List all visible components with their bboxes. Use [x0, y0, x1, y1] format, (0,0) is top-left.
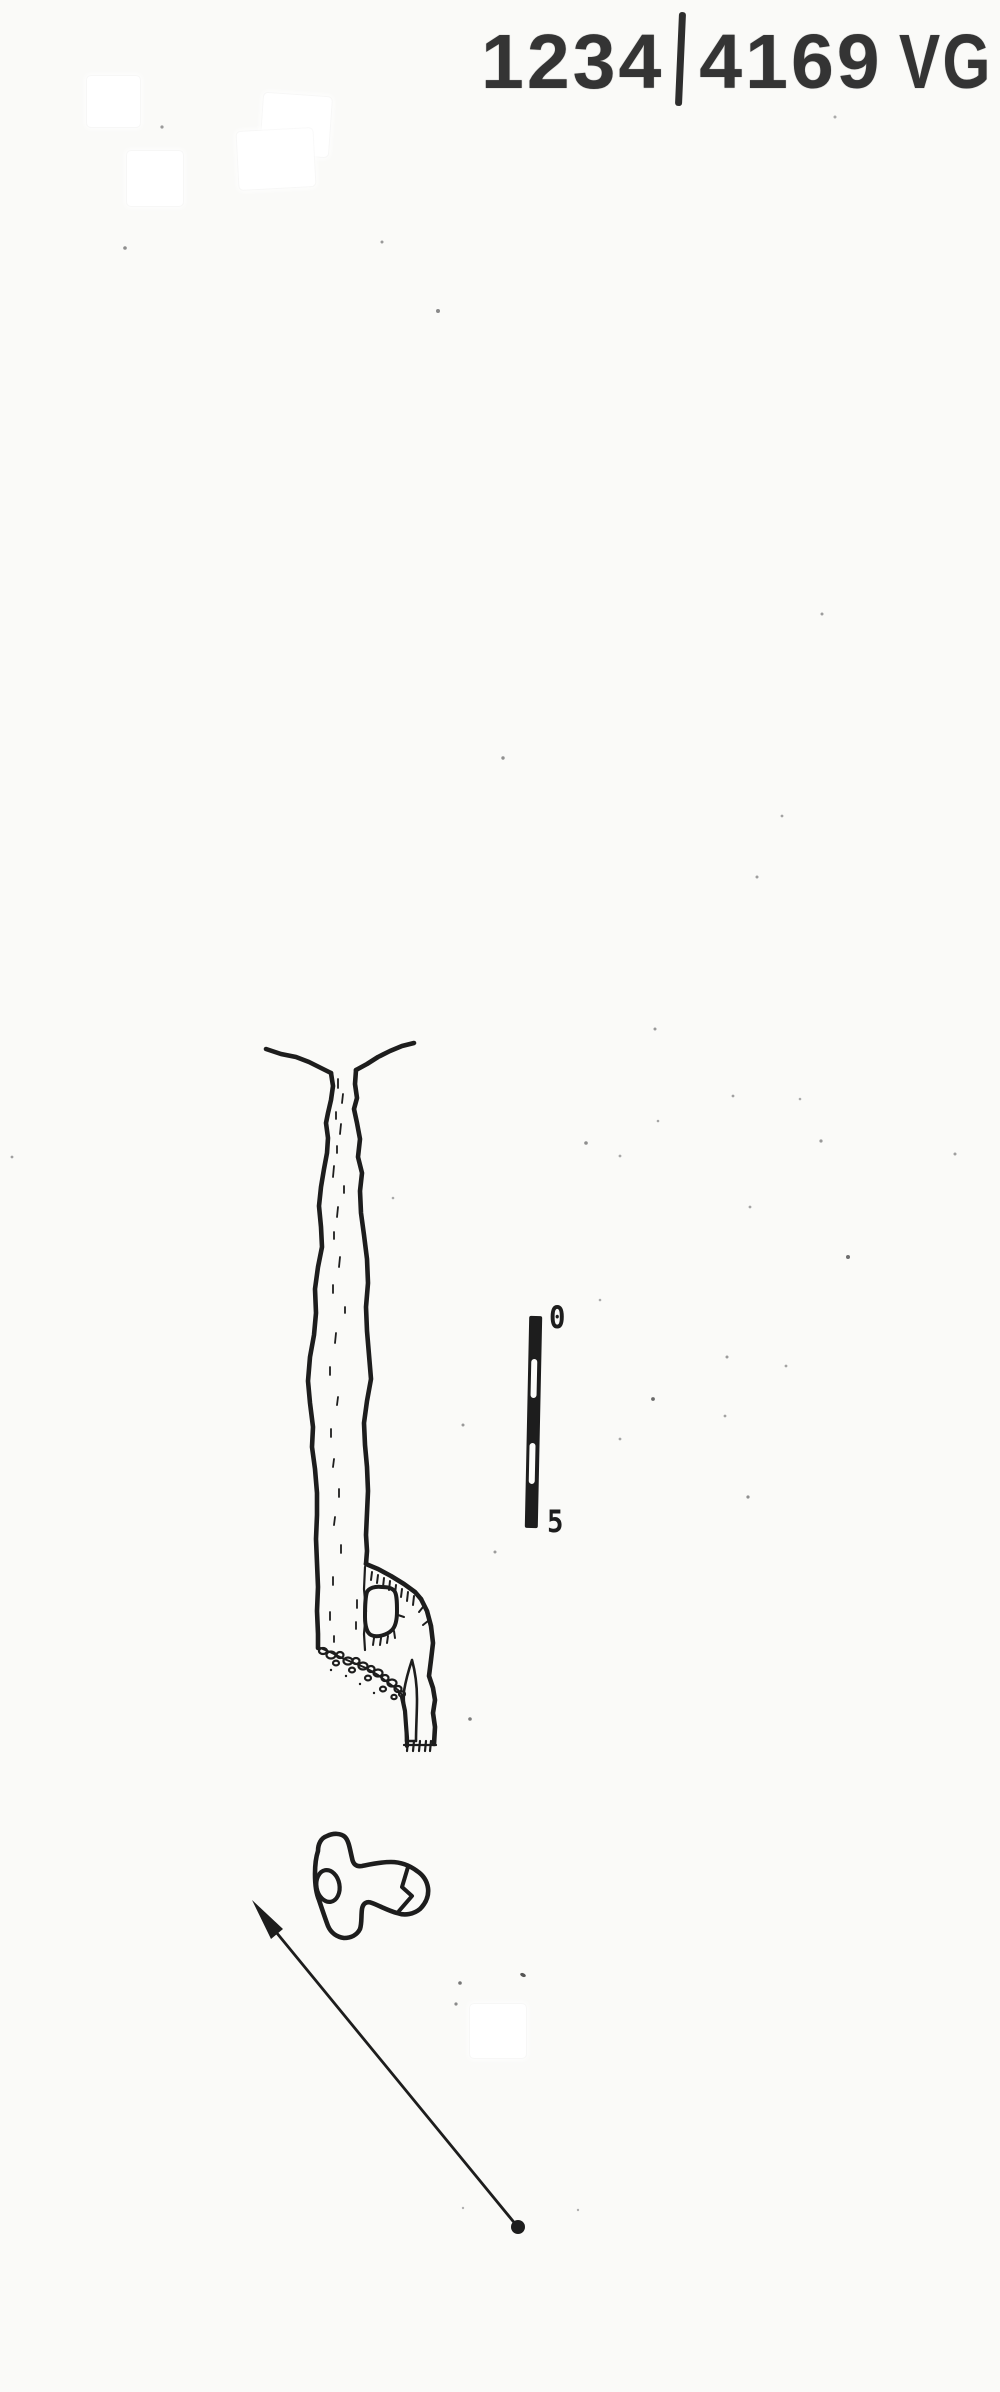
floor-line [318, 1647, 403, 1696]
rubble-floor [318, 1647, 405, 1699]
window-hatching [373, 1615, 404, 1645]
profile-section-drawing [266, 1043, 436, 1751]
chamber-ceiling [366, 1564, 421, 1599]
arrow-tail-dot [511, 2220, 525, 2234]
north-arrow [252, 1900, 525, 2234]
plan-notch-line [399, 1867, 412, 1911]
plan-outline [315, 1834, 428, 1938]
shaft-right-wall [354, 1070, 371, 1564]
flowstone-pinnacle [404, 1660, 417, 1741]
arrow-shaft-line [276, 1932, 517, 2226]
interior-texture-dashes [330, 1079, 357, 1642]
shaft-left-wall [308, 1073, 333, 1648]
surface-line-left [266, 1049, 331, 1073]
window-loop [365, 1587, 397, 1636]
surface-line-right [356, 1043, 414, 1070]
scanned-drawing-page: 1234 4169 VG 0 5 [0, 0, 1000, 2392]
paper-specks [11, 116, 957, 2212]
plan-view-drawing [314, 1834, 428, 1938]
rubble-stones [319, 1648, 405, 1699]
cave-survey-figure [0, 0, 1000, 2392]
spout-bottom-hatching [404, 1741, 436, 1751]
